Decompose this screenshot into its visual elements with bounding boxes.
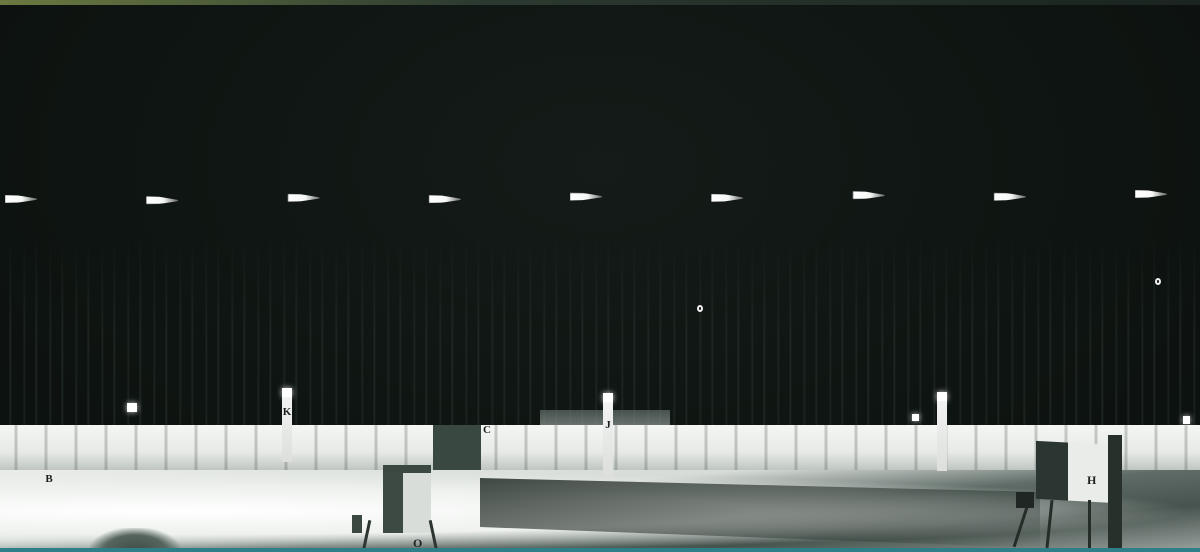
arrow-streak-icon [570, 193, 602, 201]
arrow-streak-icon [853, 191, 885, 199]
ring-dot-icon [697, 305, 703, 312]
night-photograph: Night multiple-exposure photograph of a … [0, 0, 1200, 552]
arrow-streak-icon [5, 195, 37, 203]
arrow-streak-icon [146, 196, 178, 204]
box-label: H [1087, 474, 1096, 486]
marker-label: B [42, 474, 56, 485]
arrow-streak-icon [1135, 190, 1167, 198]
marker-label: J [601, 420, 615, 431]
arrow-streak-icon [711, 194, 743, 202]
arrow-streak-icon [288, 194, 320, 202]
arrow-streak-icon [429, 195, 461, 203]
ring-dot-icon [1155, 278, 1161, 285]
arrow-streak-icon [994, 193, 1026, 201]
film-edge-top [0, 0, 1200, 5]
marker-label: K [280, 407, 294, 418]
tree-line [0, 230, 1200, 430]
film-edge-bottom [0, 548, 1200, 552]
marker-label: C [480, 425, 494, 436]
